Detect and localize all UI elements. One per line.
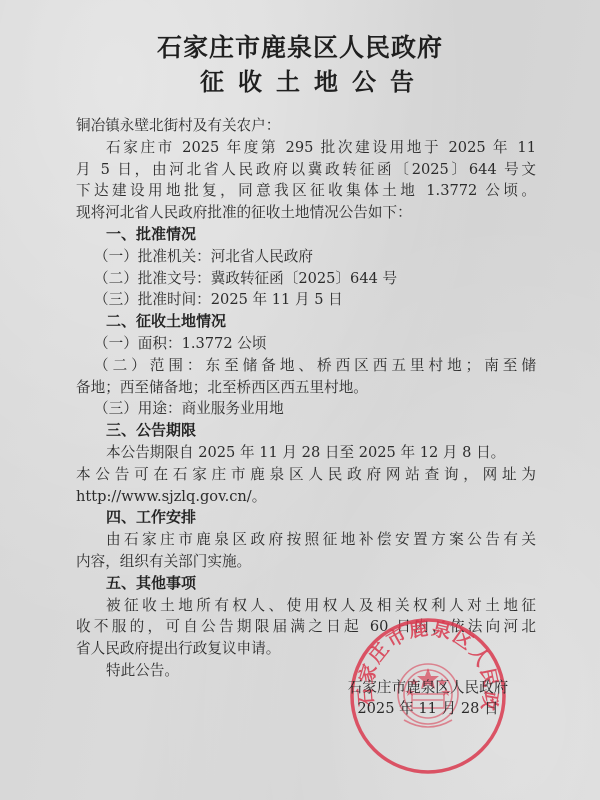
section-item: （三）用途：商业服务业用地 (76, 398, 536, 420)
notice-title: 征收土地公告 (0, 62, 600, 97)
intro-line: 现将河北省人民政府批准的征收土地情况公告如下： (76, 202, 536, 224)
section-heading-land: 二、征收土地情况 (76, 311, 536, 333)
section-heading-period: 三、公告期限 (76, 420, 536, 442)
section-item: （一）批准机关：河北省人民政府 (76, 246, 536, 268)
section-item: （二）批准文号：冀政转征函〔2025〕644 号 (76, 268, 536, 290)
addressee: 铜冶镇永壁北街村及有关农户： (76, 115, 536, 137)
section-heading-arrangement: 四、工作安排 (76, 507, 536, 529)
section-item: 备地；西至储备地；北至桥西区西五里村地。 (76, 377, 536, 399)
signature-issuer: 石家庄市鹿泉区人民政府 (318, 677, 538, 698)
section-heading-other: 五、其他事项 (76, 573, 536, 595)
website-url: http://www.sjzlq.gov.cn/。 (76, 486, 536, 508)
section-item: （二）范围：东至储备地、桥西区西五里村地；南至储 (76, 355, 536, 377)
section-item: （三）批准时间：2025 年 11 月 5 日 (76, 289, 536, 311)
section-item: 由石家庄市鹿泉区政府按照征地补偿安置方案公告有关 (76, 529, 536, 551)
section-item: （一）面积：1.3772 公顷 (76, 333, 536, 355)
section-item: 内容，组织有关部门实施。 (76, 551, 536, 573)
section-heading-approval: 一、批准情况 (76, 224, 536, 246)
intro-line: 石家庄市 2025 年度第 295 批次建设用地于 2025 年 11 (76, 137, 536, 159)
notice-document: 石家庄市鹿泉区人民政府 征收土地公告 铜冶镇永壁北街村及有关农户： 石家庄市 2… (0, 0, 600, 800)
section-item: 本公告期限自 2025 年 11 月 28 日至 2025 年 12 月 8 日… (76, 442, 536, 464)
issuer-title: 石家庄市鹿泉区人民政府 (0, 28, 600, 64)
notice-body: 铜冶镇永壁北街村及有关农户： 石家庄市 2025 年度第 295 批次建设用地于… (76, 115, 536, 682)
signature-date: 2025 年 11 月 28 日 (318, 698, 538, 719)
signature-block: 石家庄市鹿泉区人民政府 2025 年 11 月 28 日 (318, 677, 538, 719)
section-item: 本公告可在石家庄市鹿泉区人民政府网站查询，网址为 (76, 464, 536, 486)
intro-line: 下达建设用地批复，同意我区征收集体土地 1.3772 公顷。 (76, 180, 536, 202)
section-item: 被征收土地所有权人、使用权人及相关权利人对土地征 (76, 595, 536, 617)
intro-line: 月 5 日，由河北省人民政府以冀政转征函〔2025〕644 号文 (76, 159, 536, 181)
